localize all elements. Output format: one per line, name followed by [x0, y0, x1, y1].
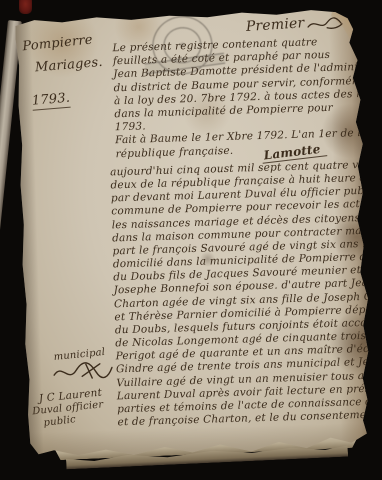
margin-officer-signature-line3: public	[43, 414, 77, 429]
margin-year-label: 1793.	[31, 91, 70, 111]
signature-flourish-icon	[52, 359, 115, 383]
book-spine	[0, 20, 22, 480]
margin-register-type-label: Mariages.	[34, 55, 103, 76]
folio-label: Premier	[245, 12, 342, 36]
official-ink-stamp-icon: ✳	[144, 8, 220, 83]
pen-flourish-icon	[306, 16, 343, 32]
marriage-act-paragraph: aujourd'hui cinq aoust mil sept cent qua…	[110, 159, 374, 430]
manuscript-page: Pompierre Mariages. 1793. municipal J C …	[14, 7, 373, 459]
spine-headband	[19, 0, 32, 14]
margin-place-label: Pompierre	[22, 32, 94, 54]
folio-label-text: Premier	[245, 15, 304, 35]
manuscript-photo: Pompierre Mariages. 1793. municipal J C …	[0, 0, 382, 480]
